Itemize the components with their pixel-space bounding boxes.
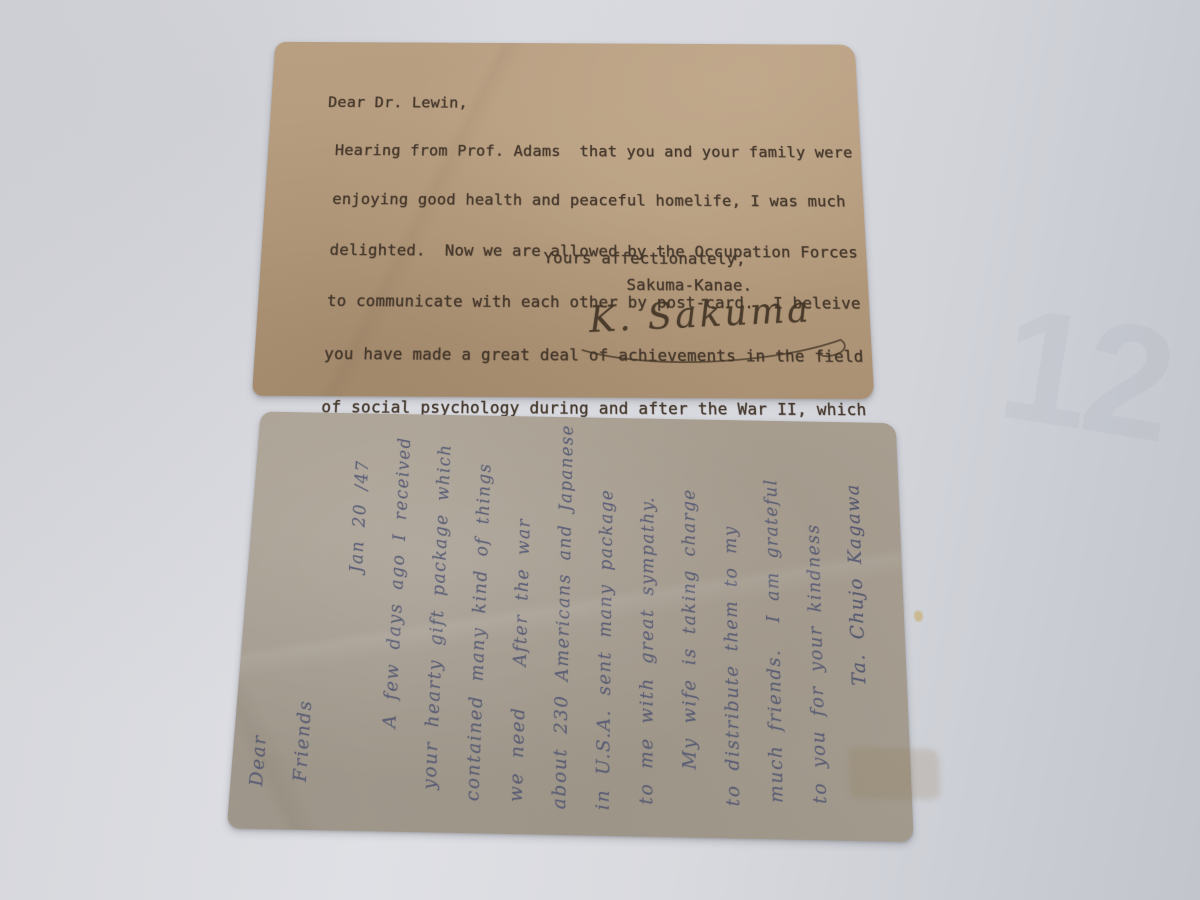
typed-line: to communicate with each other by post-c… [317,293,861,313]
closing-line: Yours affectionately, [544,250,746,268]
handwritten-signature-block: K. Sakuma [588,287,860,383]
photo-backdrop: 12 Dear Dr. Lewin, Hearing from Prof. Ad… [0,0,1200,900]
handwritten-signature-line: Ta. Chujo Kagawa [831,431,881,686]
handwritten-line: your hearty gift package which [409,424,467,790]
handwritten-line: in U.S.A. sent many package [582,427,629,811]
typed-line: you have made a great deal of achievemen… [314,345,864,366]
handwritten-line: to me with great sympathy. [625,427,669,805]
handwritten-line: Dear [235,421,305,787]
handwritten-postcard: Dear Friends Jan 20 /47 A few days ago I… [227,412,914,843]
handwritten-line: contained many kind of things [451,425,507,802]
handwritten-line: A few days ago I received [369,423,427,729]
card-spot [914,611,924,622]
handwritten-line: Friends [279,422,346,783]
typed-line: delighted. Now we are allowed by the Occ… [320,241,859,261]
handwritten-line: much friends. I am grateful [750,430,799,804]
handwritten-line: My wife is taking charge [669,428,712,770]
handwritten-line: Jan 20 /47 [336,422,386,573]
signature-underline-flourish [576,328,866,378]
handwritten-line: to you for your kindness [791,430,843,804]
typed-line: enjoying good health and peaceful homeli… [322,191,855,210]
handwritten-line: about 230 Americans and Japanese [538,426,588,810]
card-stain [848,747,941,799]
signed-name-line: Sakuma-Kanae. [626,277,752,295]
handwritten-line: to distribute them to my [710,429,756,807]
handwritten-text-rotated: Dear Friends Jan 20 /47 A few days ago I… [233,421,908,831]
backdrop-watermark-digits: 12 [989,270,1182,478]
typewritten-postcard: Dear Dr. Lewin, Hearing from Prof. Adams… [252,42,874,399]
salutation-line: Dear Dr. Lewin, [328,94,851,113]
signature-text: K. Sakuma [588,289,813,341]
handwritten-line: we need After the war [495,425,548,802]
typed-line: Hearing from Prof. Adams that you and yo… [325,142,853,161]
